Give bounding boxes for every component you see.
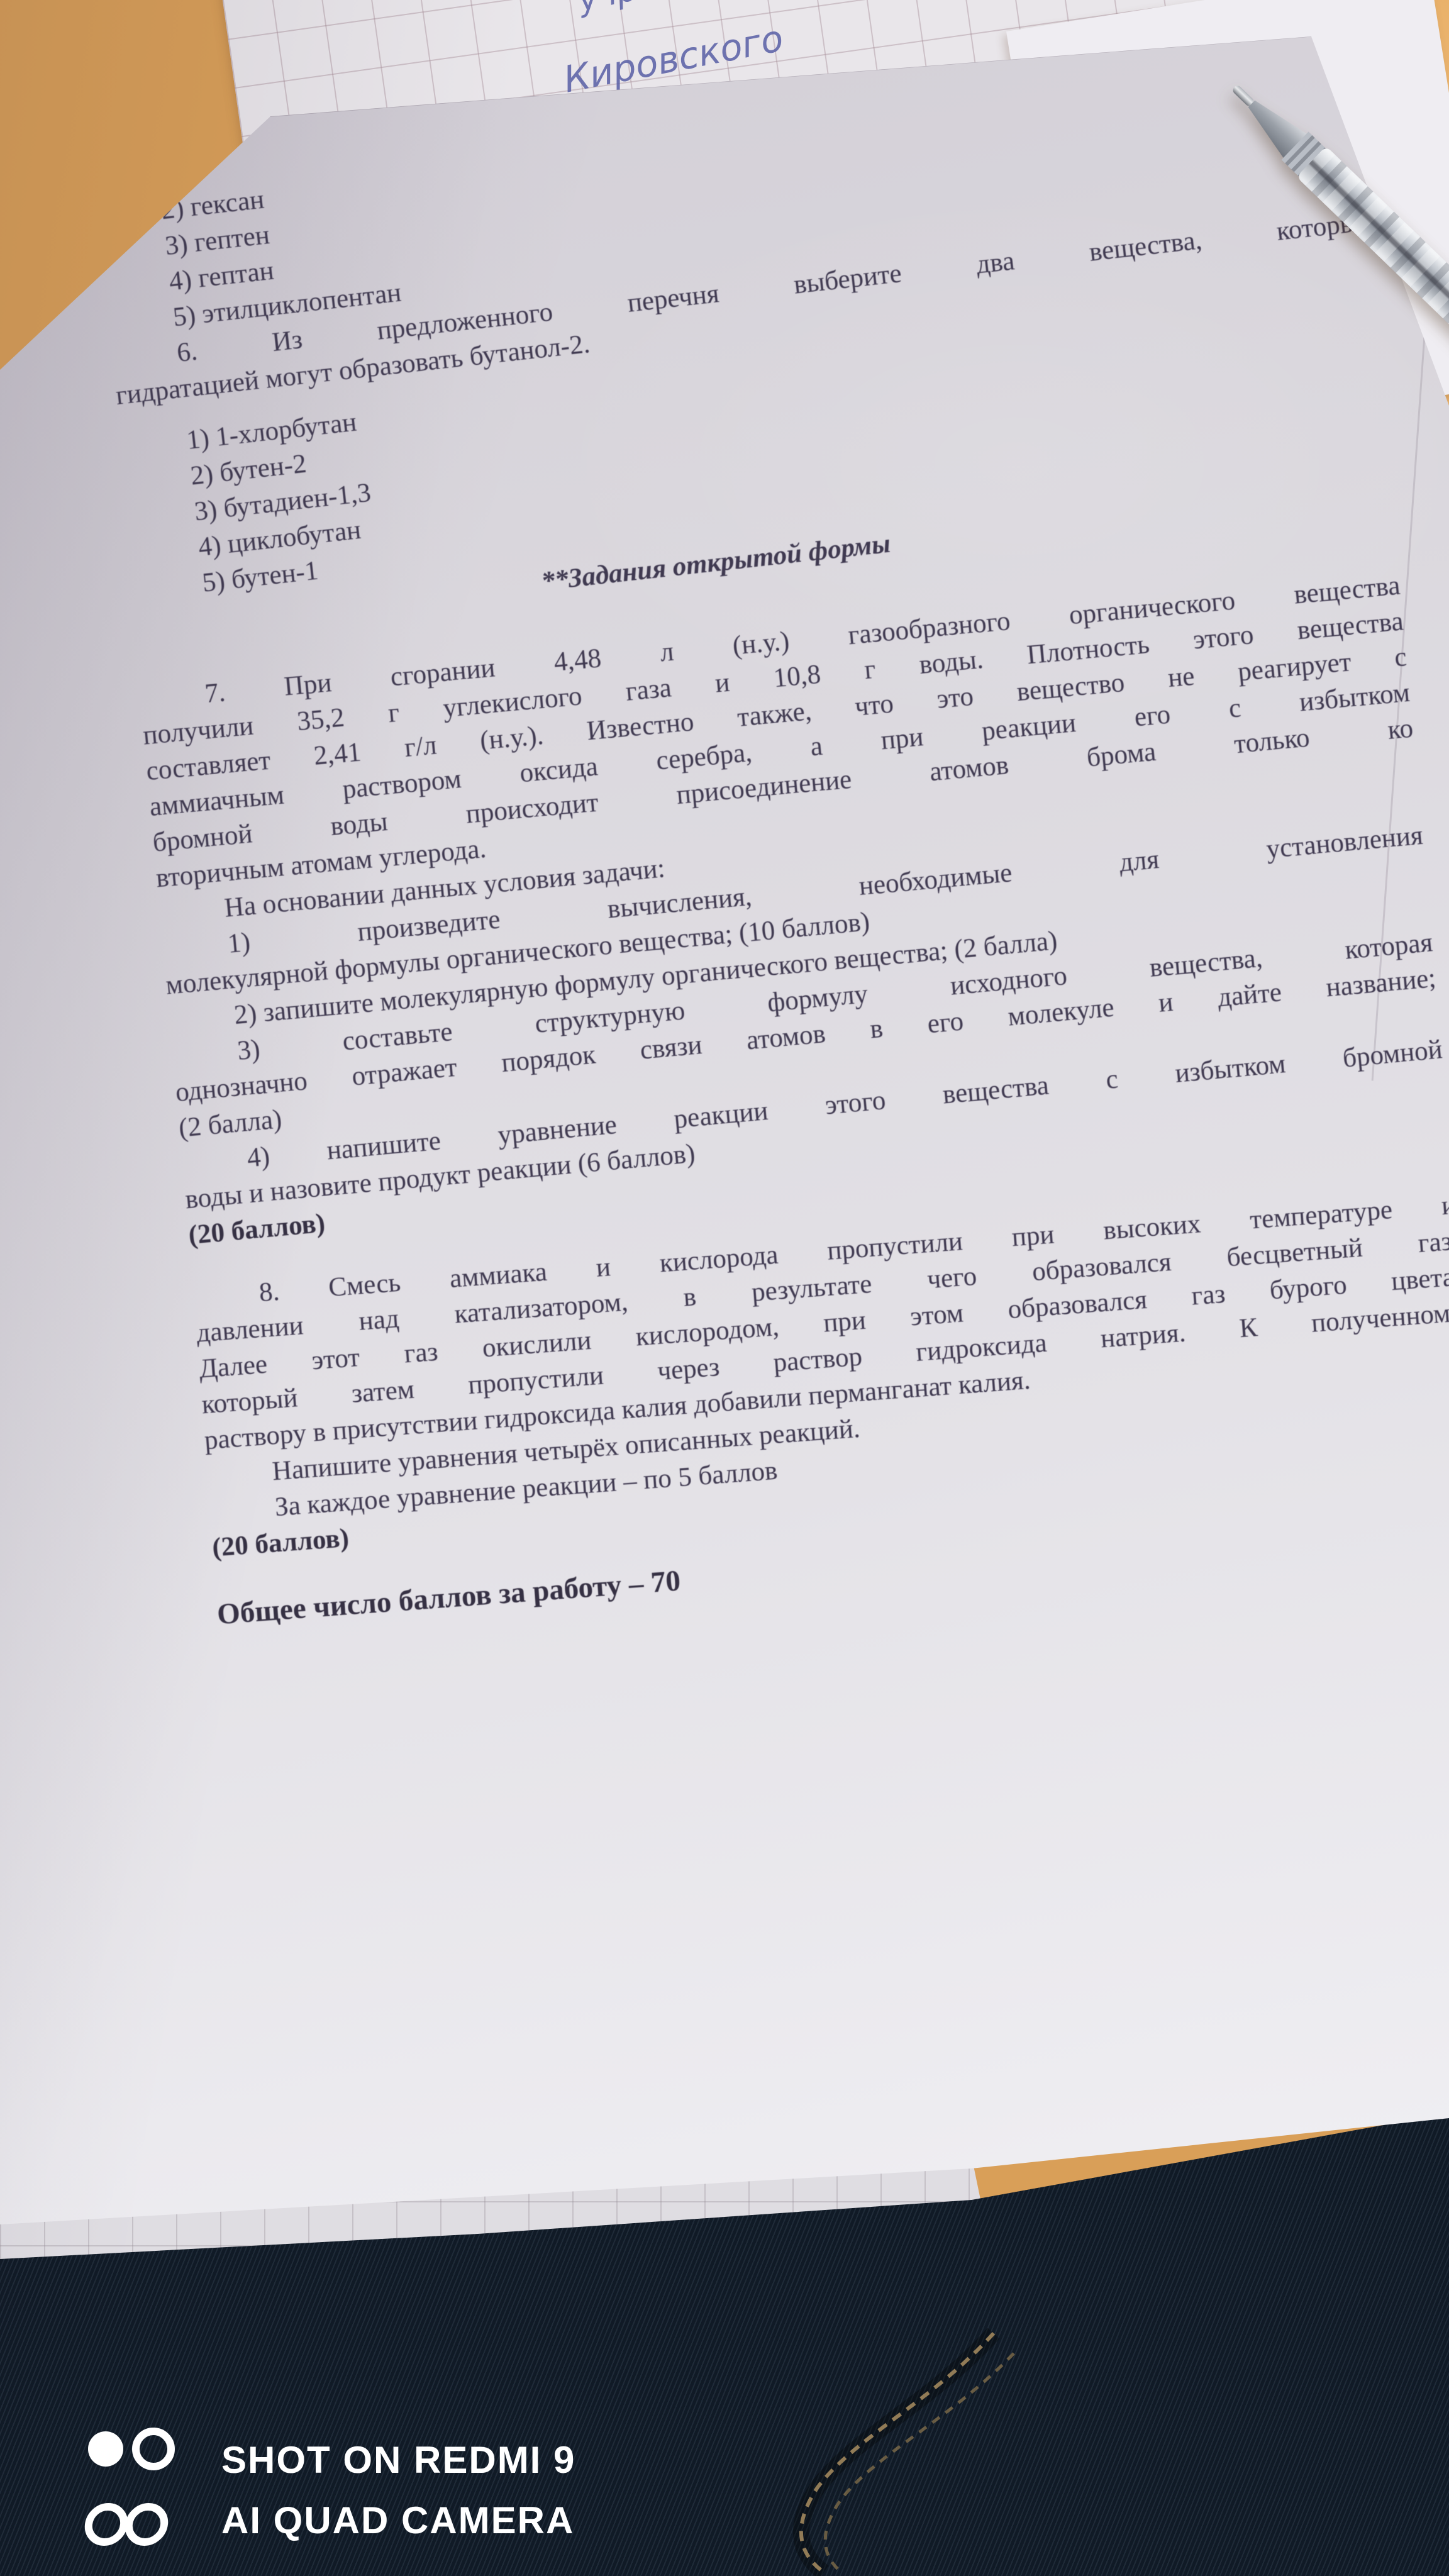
camera-watermark: SHOT ON REDMI 9 AI QUAD CAMERA [83, 2423, 575, 2558]
photo-of-chemistry-test: учреждения района города Кировского " 2)… [0, 0, 1449, 2576]
watermark-line1: SHOT ON REDMI 9 [221, 2430, 575, 2490]
handwriting-word-uchrezhdeniya: учреждения [575, 0, 792, 19]
jeans-stitching [692, 2277, 1082, 2576]
redmi-quad-camera-logo-icon [83, 2423, 189, 2558]
printed-text-block: 2) гексан 3) гептен 4) гептан 5) этилцик… [94, 86, 1449, 1633]
watermark-line2: AI QUAD CAMERA [221, 2490, 575, 2551]
